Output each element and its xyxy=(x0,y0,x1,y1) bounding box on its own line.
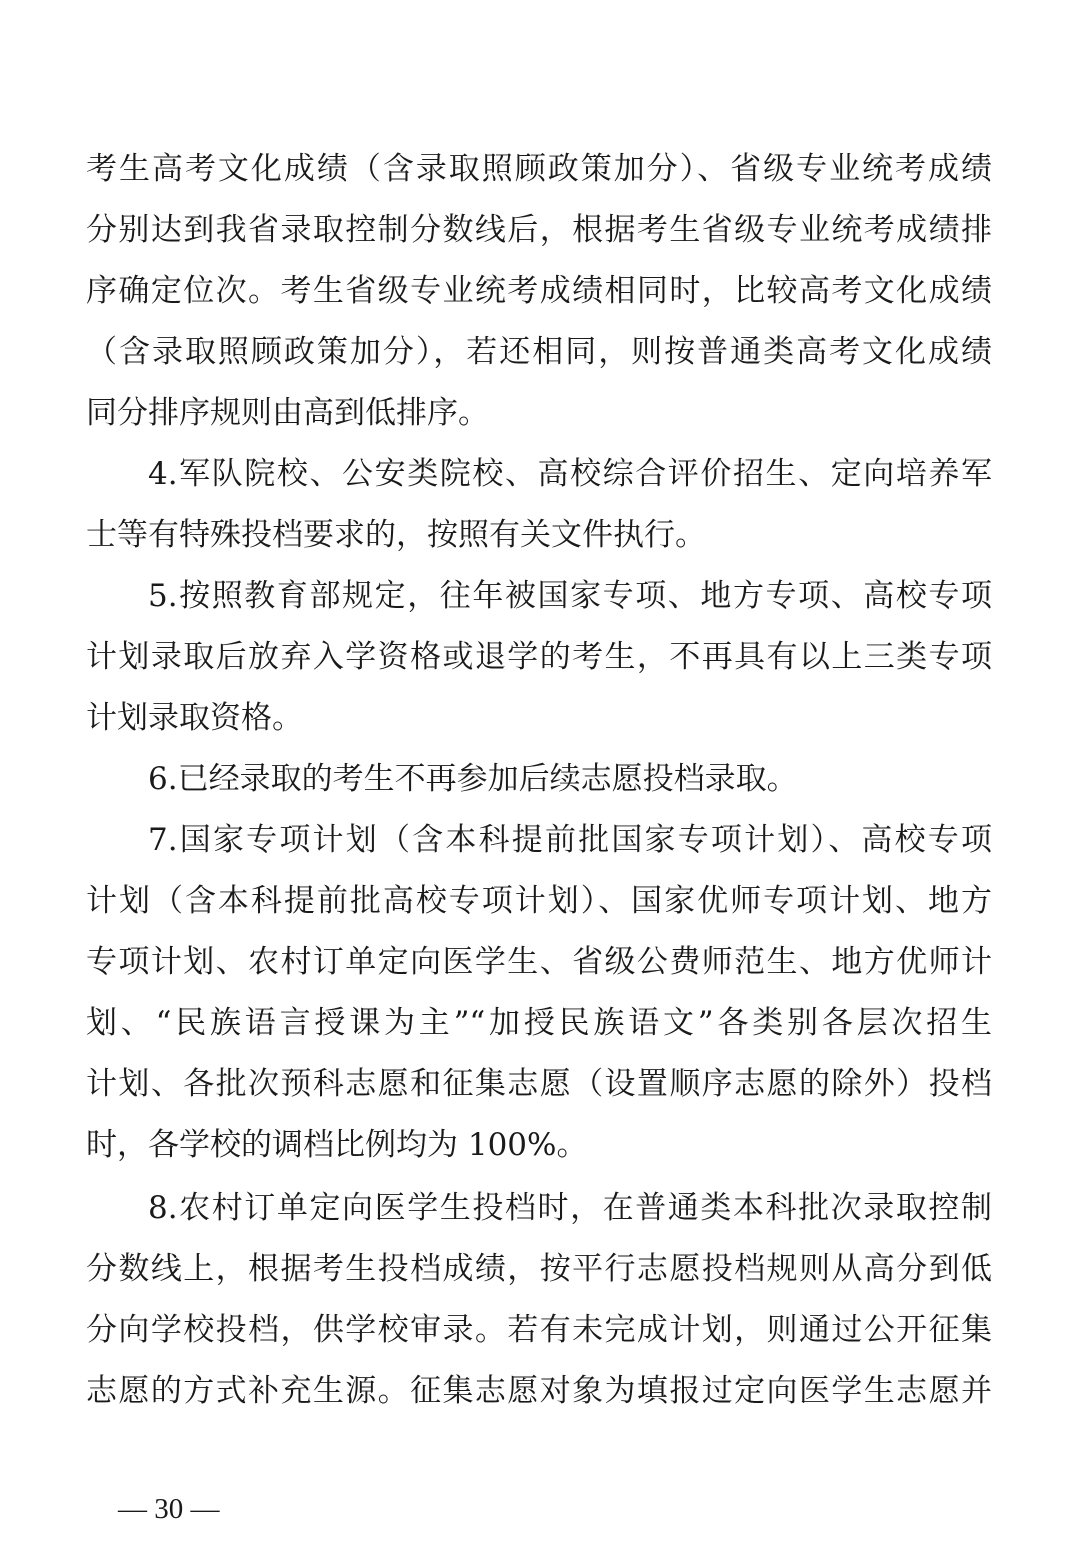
page-number: — 30 — xyxy=(118,1489,220,1529)
item-8-line-1: 8.农村订单定向医学生投档时，在普通类本科批次录取控制 xyxy=(148,1186,992,1230)
item-4-line-1: 4.军队院校、公安类院校、高校综合评价招生、定向培养军 xyxy=(148,452,992,496)
item-5-line-2: 计划录取后放弃入学资格或退学的考生，不再具有以上三类专项 xyxy=(86,635,992,679)
paragraph-3-line-3: 序确定位次。考生省级专业统考成绩相同时，比较高考文化成绩 xyxy=(86,269,992,313)
paragraph-3-line-4: （含录取照顾政策加分），若还相同，则按普通类高考文化成绩 xyxy=(86,330,992,374)
item-7-line-4: 划、“民族语言授课为主”“加授民族语文”各类别各层次招生 xyxy=(86,1001,992,1045)
item-8-line-2: 分数线上，根据考生投档成绩，按平行志愿投档规则从高分到低 xyxy=(86,1247,992,1291)
item-7-line-1: 7.国家专项计划（含本科提前批国家专项计划）、高校专项 xyxy=(148,818,992,862)
item-8-line-4: 志愿的方式补充生源。征集志愿对象为填报过定向医学生志愿并 xyxy=(86,1369,992,1413)
item-7-line-3: 专项计划、农村订单定向医学生、省级公费师范生、地方优师计 xyxy=(86,940,992,984)
paragraph-3-line-5: 同分排序规则由高到低排序。 xyxy=(86,391,992,435)
item-7-line-5: 计划、各批次预科志愿和征集志愿（设置顺序志愿的除外）投档 xyxy=(86,1062,992,1106)
document-page: 考生高考文化成绩（含录取照顾政策加分）、省级专业统考成绩 分别达到我省录取控制分… xyxy=(0,0,1080,1556)
paragraph-3-line-1: 考生高考文化成绩（含录取照顾政策加分）、省级专业统考成绩 xyxy=(86,147,992,191)
item-6-line-1: 6.已经录取的考生不再参加后续志愿投档录取。 xyxy=(148,757,992,801)
item-7-line-2: 计划（含本科提前批高校专项计划）、国家优师专项计划、地方 xyxy=(86,879,992,923)
item-5-line-1: 5.按照教育部规定，往年被国家专项、地方专项、高校专项 xyxy=(148,574,992,618)
item-8-line-3: 分向学校投档，供学校审录。若有未完成计划，则通过公开征集 xyxy=(86,1308,992,1352)
paragraph-3-line-2: 分别达到我省录取控制分数线后，根据考生省级专业统考成绩排 xyxy=(86,208,992,252)
item-7-line-6: 时，各学校的调档比例均为 100%。 xyxy=(86,1123,992,1167)
item-5-line-3: 计划录取资格。 xyxy=(86,696,992,740)
item-4-line-2: 士等有特殊投档要求的，按照有关文件执行。 xyxy=(86,513,992,557)
